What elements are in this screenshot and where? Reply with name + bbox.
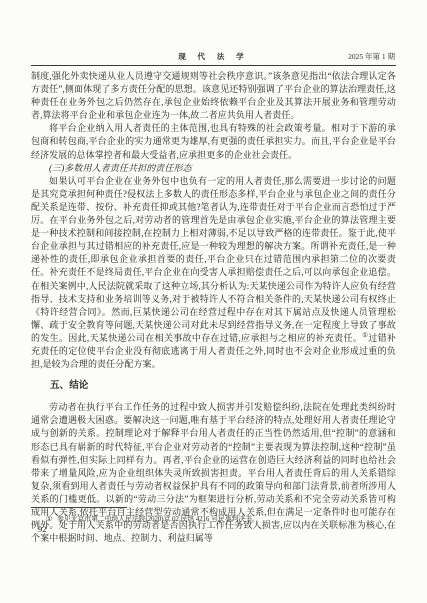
conclusion-heading: 五、结论 bbox=[31, 380, 396, 393]
issue-label: 2025 年第 1 期 bbox=[348, 51, 395, 62]
policy-paragraph: 将平台企业纳入用人者责任的主体范围,也具有特殊的社会政策考量。相对于下游的承包商… bbox=[31, 122, 396, 161]
journal-page: 现 代 法 学 2025 年第 1 期 制度,强化外卖快递从业人员遵守交通规则等… bbox=[0, 0, 427, 603]
article-body: 制度,强化外卖快递从业人员遵守交通规则等社会秩序意识。”该条意见指出“依法合理认… bbox=[31, 70, 396, 545]
footnote-text: 参见北京市第二中级人民法院(2020)京 02 民终 4216 号民事判决书。 bbox=[57, 516, 259, 523]
footnote-marker: ① bbox=[46, 516, 52, 523]
liability-paragraph-pre: 如果认可平台企业在业务外包中也负有一定的用人者责任,那么需要进一步讨论的问题是其… bbox=[31, 176, 396, 343]
footnote-block: ①参见北京市第二中级人民法院(2020)京 02 民终 4216 号民事判决书。 bbox=[31, 507, 396, 524]
footnote-rule bbox=[31, 507, 127, 508]
subsection-heading: (三)多数用人者责任共担的责任形态 bbox=[31, 162, 396, 175]
footnote: ①参见北京市第二中级人民法院(2020)京 02 民终 4216 号民事判决书。 bbox=[31, 515, 396, 524]
carryover-paragraph: 制度,强化外卖快递从业人员遵守交通规则等社会秩序意识。”该条意见指出“依法合理认… bbox=[31, 70, 396, 122]
journal-title: 现 代 法 学 bbox=[178, 51, 249, 62]
page-number: 92 bbox=[38, 524, 47, 534]
liability-paragraph: 如果认可平台企业在业务外包中也负有一定的用人者责任,那么需要进一步讨论的问题是其… bbox=[31, 175, 396, 371]
running-header: 现 代 法 学 2025 年第 1 期 bbox=[31, 51, 396, 62]
header-rule bbox=[31, 65, 396, 66]
